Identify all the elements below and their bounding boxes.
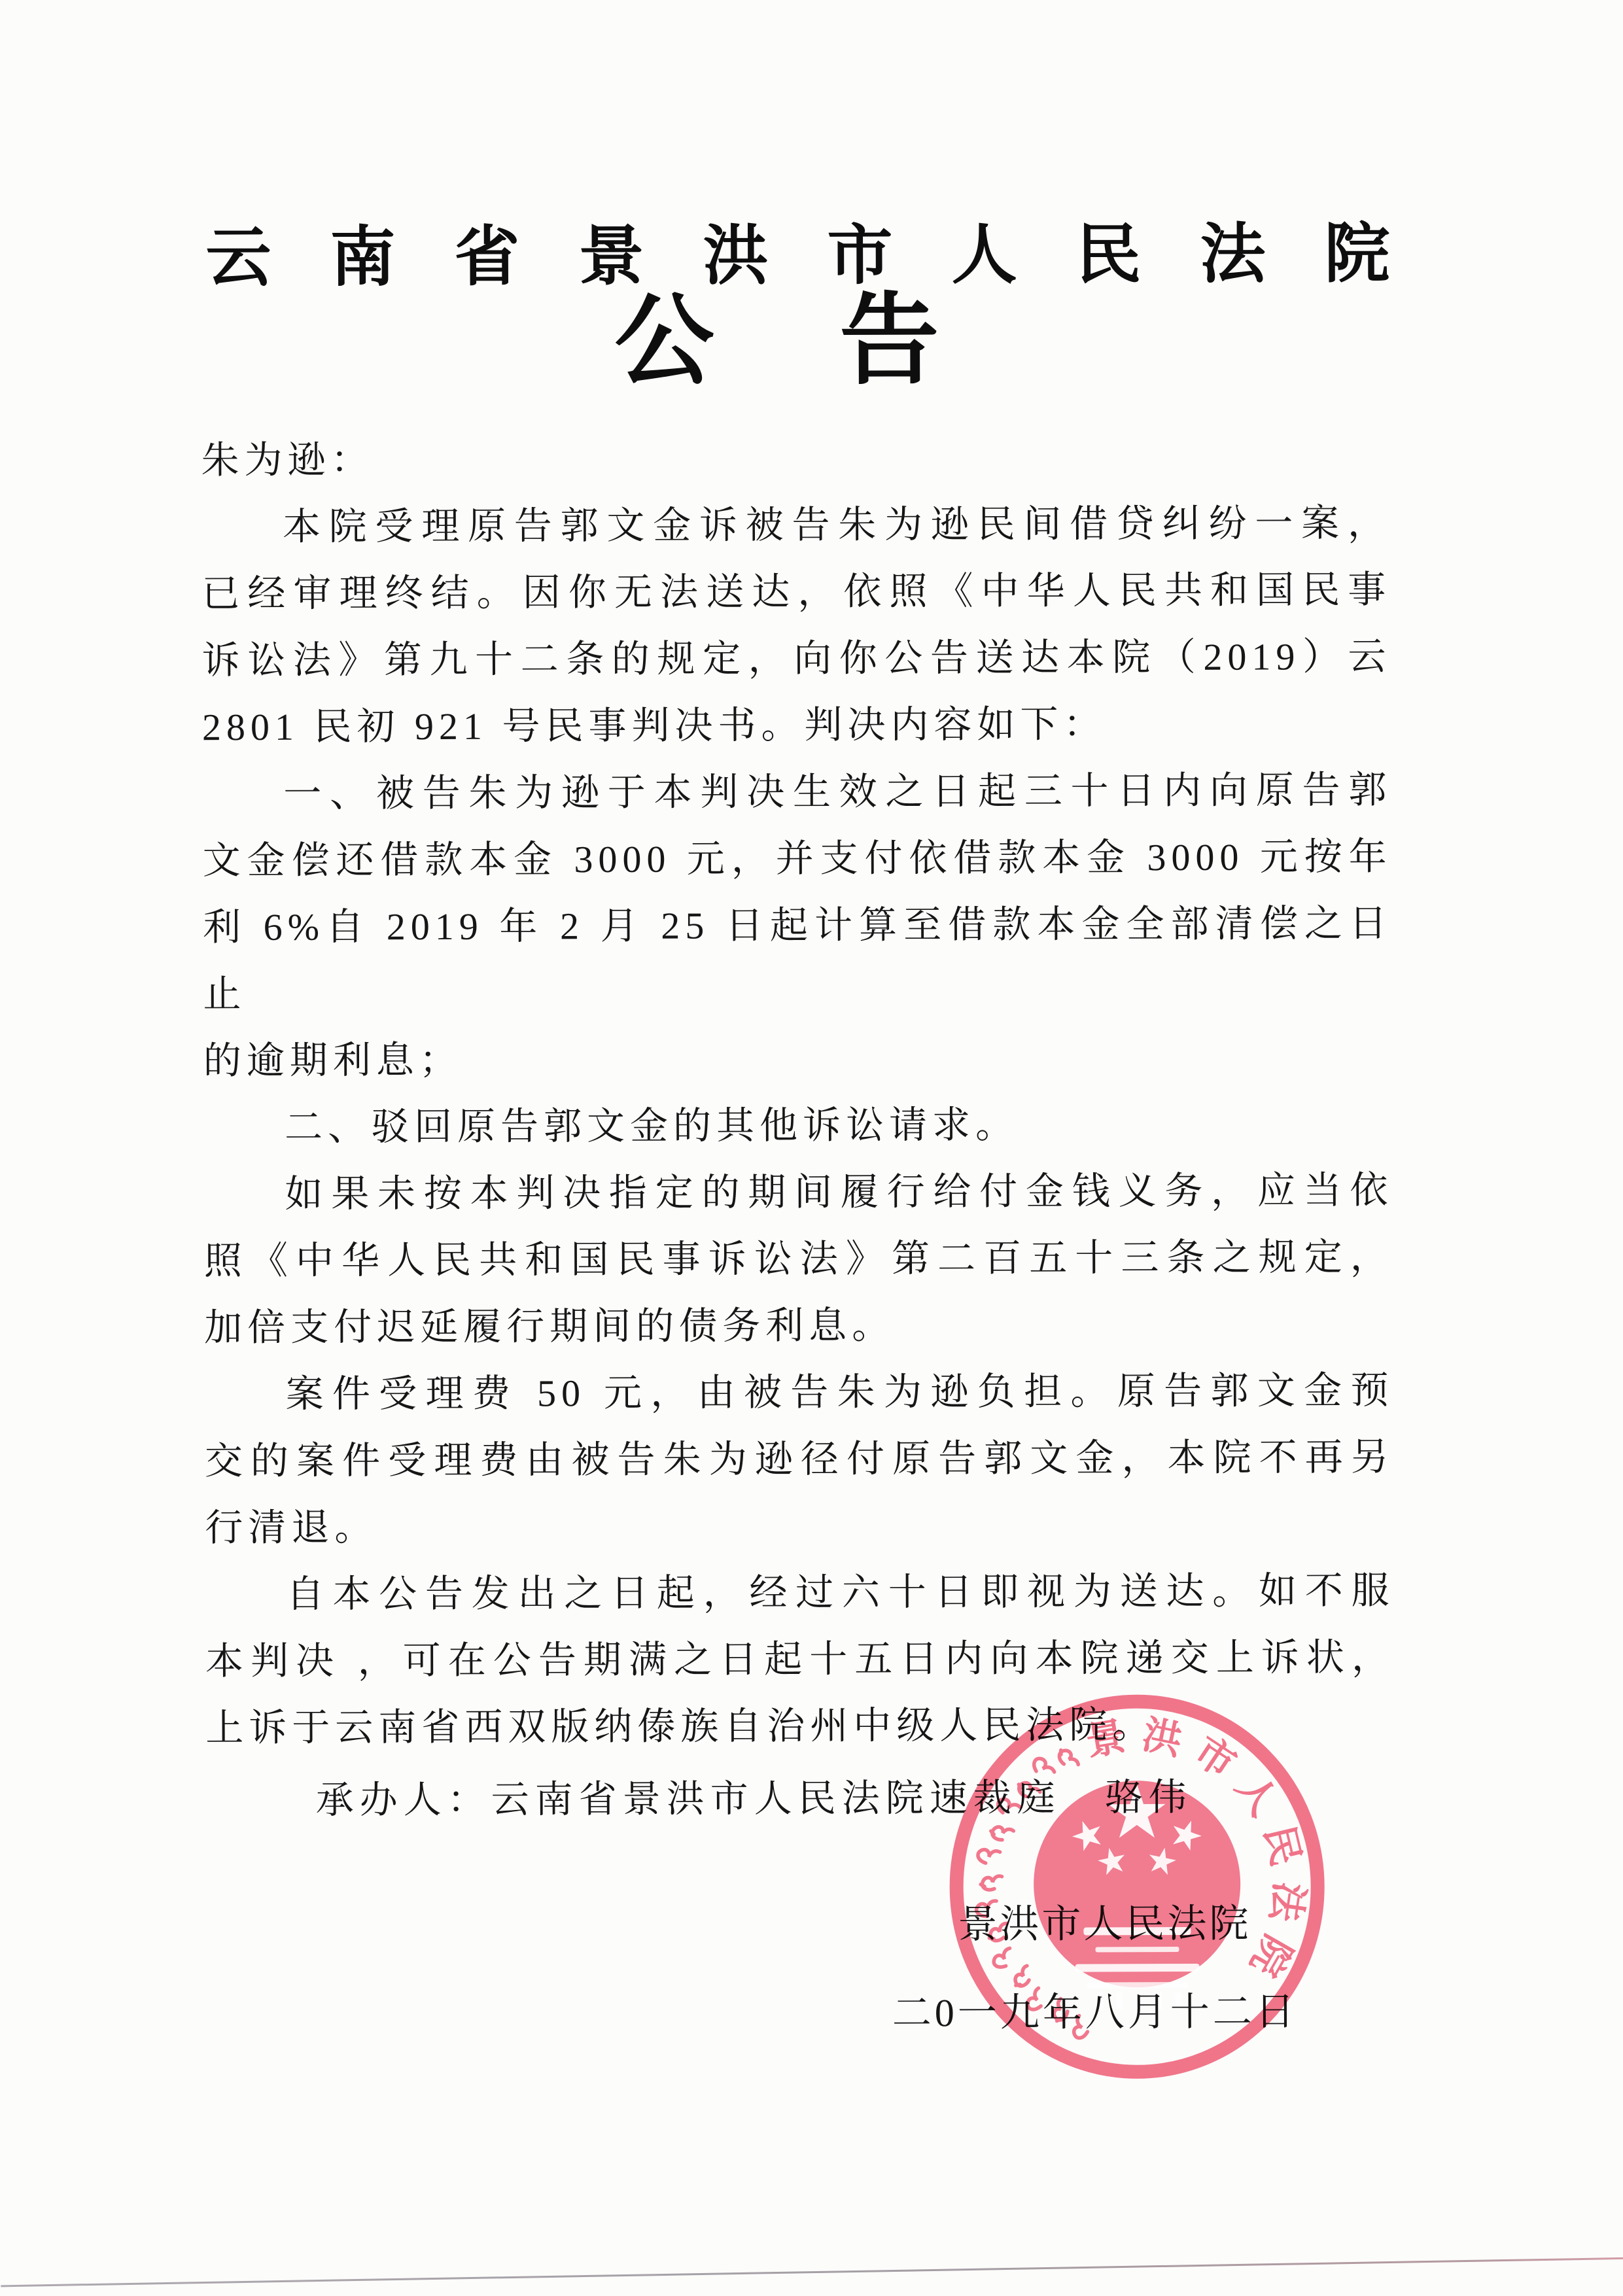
body-line: 交的案件受理费由被告朱为逊径付原告郭文金，本院不再另 [205, 1424, 1394, 1495]
scan-edge-line [1, 2257, 1623, 2287]
body-line: 2801 民初 921 号民事判决书。判决内容如下： [202, 690, 1391, 761]
page-title: 云南省景洪市人民法院 [205, 218, 1389, 294]
body-line: 如果未按本判决指定的期间履行给付金钱义务，应当依 [203, 1157, 1393, 1228]
court-seal-stamp: 景洪市人民法院 [940, 1683, 1334, 2090]
body-text: 朱为逊： 本院受理原告郭文金诉被告朱为逊民间借贷纠纷一案，已经审理终结。因你无法… [201, 423, 1395, 1762]
body-line: 加倍支付迟延履行期间的债务利息。 [204, 1291, 1393, 1361]
body-line: 行清退。 [205, 1491, 1394, 1561]
body-line: 的逾期利息； [203, 1024, 1393, 1094]
body-line: 二、驳回原告郭文金的其他诉讼请求。 [203, 1090, 1393, 1161]
body-line: 一、被告朱为逊于本判决生效之日起三十日内向原告郭 [202, 757, 1391, 827]
body-line: 诉讼法》第九十二条的规定，向你公告送达本院（2019）云 [201, 623, 1391, 694]
scanned-document-content: 云南省景洪市人民法院 公 告 朱为逊： 本院受理原告郭文金诉被告朱为逊民间借贷纠… [0, 0, 1623, 2296]
body-line: 文金偿还借款本金 3000 元，并支付依借款本金 3000 元按年 [203, 824, 1392, 894]
body-line: 本院受理原告郭文金诉被告朱为逊民间借贷纠纷一案， [201, 490, 1391, 561]
body-line: 自本公告发出之日起，经过六十日即视为送达。如不服 [205, 1557, 1394, 1628]
body-line: 案件受理费 50 元，由被告朱为逊负担。原告郭文金预 [204, 1357, 1393, 1428]
body-lines: 本院受理原告郭文金诉被告朱为逊民间借贷纠纷一案，已经审理终结。因你无法送达，依照… [201, 490, 1395, 1762]
body-line: 利 6%自 2019 年 2 月 25 日起计算至借款本金全部清偿之日止 [203, 890, 1393, 1028]
national-emblem-icon [1034, 1781, 1241, 2010]
court-announcement-page: 云南省景洪市人民法院 公 告 朱为逊： 本院受理原告郭文金诉被告朱为逊民间借贷纠… [0, 0, 1623, 2296]
doc-title: 公 告 [0, 287, 1595, 396]
salutation: 朱为逊： [201, 423, 1390, 494]
body-line: 已经审理终结。因你无法送达，依照《中华人民共和国民事 [201, 557, 1391, 627]
body-line: 照《中华人民共和国民事诉讼法》第二百五十三条之规定， [204, 1224, 1393, 1295]
